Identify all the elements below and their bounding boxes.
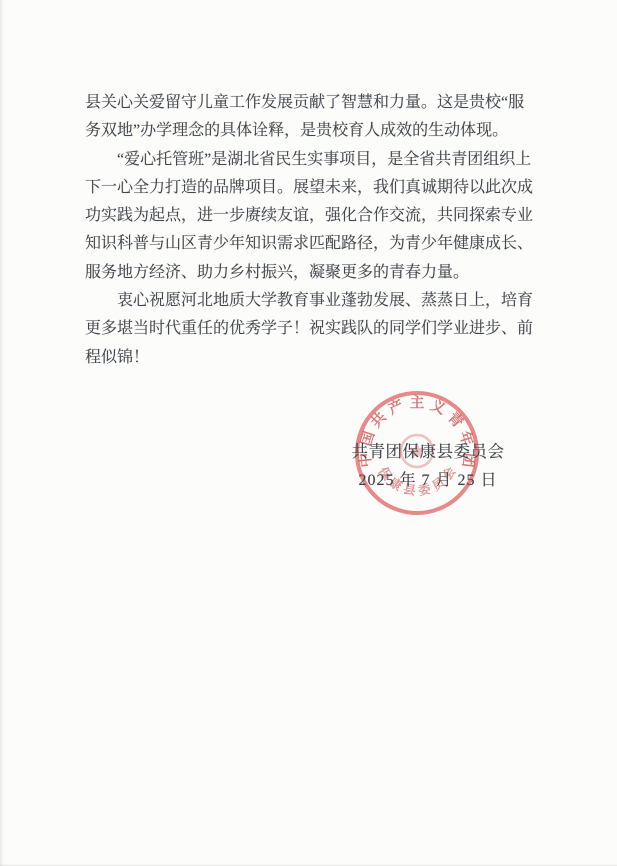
signature-org: 共青团保康县委员会: [340, 438, 516, 462]
body-line: 务双地”办学理念的具体诠释，是贵校育人成效的生动体现。: [85, 117, 555, 145]
body-line: 知识科普与山区青少年知识需求匹配路径，为青少年健康成长、: [85, 230, 555, 258]
body-line: “爱心托管班”是湖北省民生实事项目，是全省共青团组织上: [85, 146, 555, 174]
signature-block: 共青团保康县委员会 2025 年 7 月 25 日: [340, 438, 516, 490]
body-line: 衷心祝愿河北地质大学教育事业蓬勃发展、蒸蒸日上，培育: [85, 287, 555, 315]
signature-date: 2025 年 7 月 25 日: [340, 467, 516, 490]
body-line: 更多堪当时代重任的优秀学子！祝实践队的同学们学业进步、前: [85, 315, 555, 343]
scan-edge-left: [0, 0, 4, 866]
letter-body: 县关心关爱留守儿童工作发展贡献了智慧和力量。这是贵校“服 务双地”办学理念的具体…: [85, 89, 555, 372]
body-line: 县关心关爱留守儿童工作发展贡献了智慧和力量。这是贵校“服: [85, 89, 555, 117]
body-line: 服务地方经济、助力乡村振兴，凝聚更多的青春力量。: [85, 259, 555, 287]
body-line: 下一心全力打造的品牌项目。展望未来，我们真诚期待以此次成: [85, 174, 555, 202]
body-line: 功实践为起点，进一步赓续友谊，强化合作交流，共同探索专业: [85, 202, 555, 230]
body-line: 程似锦！: [85, 344, 555, 372]
letter-page: 县关心关爱留守儿童工作发展贡献了智慧和力量。这是贵校“服 务双地”办学理念的具体…: [0, 0, 617, 866]
